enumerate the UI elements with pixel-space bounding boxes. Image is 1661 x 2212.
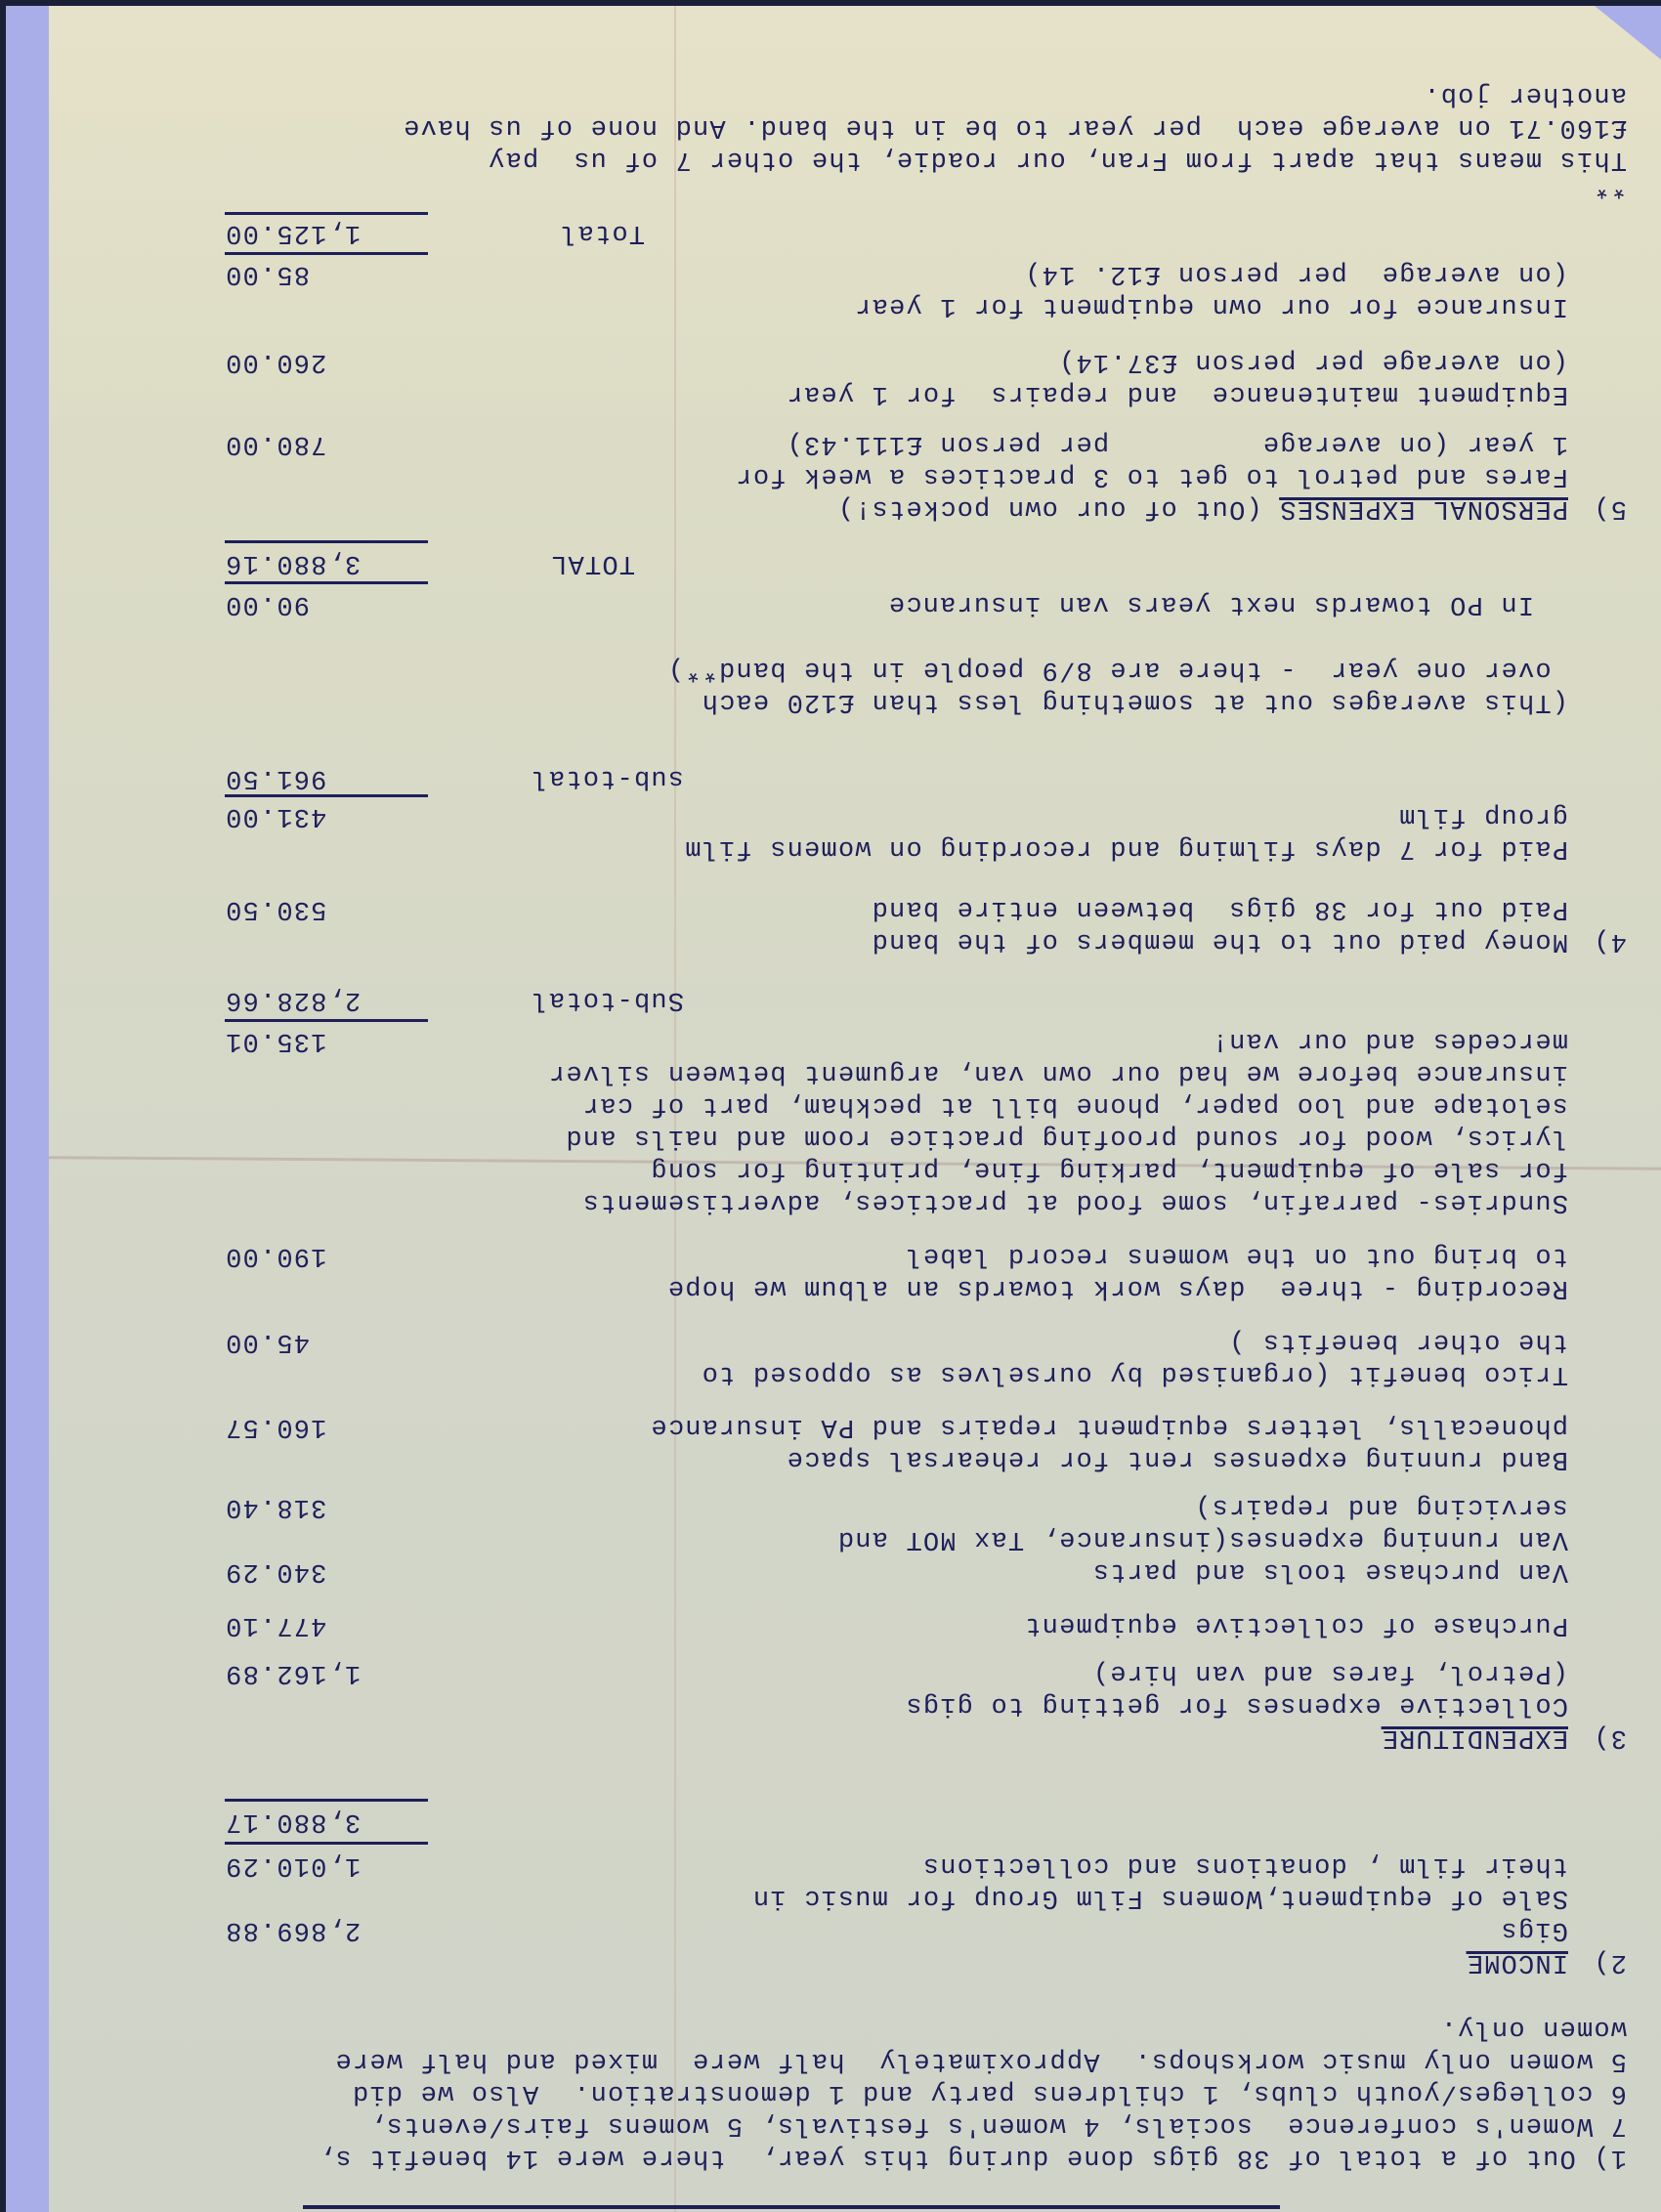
line-item-label: Insurance for our own equipment for 1 ye… [854,289,1568,321]
member-payments-subtotal: 961.50 [225,761,430,793]
line-item-amount: 2,869.88 [225,1913,430,1945]
total-rule [225,212,428,215]
note-line: (This averages out at something less tha… [701,685,1568,717]
section-heading: Money paid out to the members of the ban… [871,924,1568,957]
line-item-label: to bring out on the womens record label [905,1239,1568,1271]
section-heading: EXPENDITURE [1382,1721,1568,1753]
sum-rule [225,1842,428,1845]
line-item-label: insurance before we had our own van, arg… [548,1056,1568,1088]
section-number: 3) [1593,1721,1627,1753]
line-item-label: Sale of equipment,Womens Film Group for … [752,1881,1568,1913]
line-item-label: for sale of equipment, parking fine, pri… [650,1153,1568,1185]
line-item-label: Band running expenses rent for rehearsal… [786,1442,1568,1474]
line-item-amount: 477.10 [225,1608,430,1640]
line-item-label: Trico benefit (organised by ourselves as… [701,1357,1568,1389]
line-item-label: Van running expenses(insurance, Tax MOT … [837,1522,1568,1554]
note-line: over one year - there are 8/9 people in … [667,653,1568,685]
total-rule [225,540,428,543]
line-item-label: Paid out for 38 gigs between entire band [871,892,1568,924]
header-rule [303,2205,1280,2209]
section-number: 4) [1593,924,1627,957]
section-number: 5) [1593,491,1627,524]
section-heading-suffix: (Out of our own pockets!) [837,493,1279,523]
line-item-amount: 340.29 [225,1554,430,1587]
paragraph-line: 1) Out of a total of 38 gigs done during… [318,2141,1627,2173]
line-item-label: selotape and loo paper, phone bill at pe… [582,1088,1568,1121]
expenditure-subtotal: 2,828.66 [225,983,430,1015]
sum-rule [225,1019,428,1022]
line-item-label: 1 year (on average per person £111.43) [786,427,1568,459]
footnote-line: another job. [1423,78,1627,110]
line-item-label: (on average per person £37.14) [1058,345,1568,377]
total-rule [225,1799,428,1802]
footnote-line: £160.71 on average each per year to be i… [403,110,1627,143]
paragraph-line: 7 Women's conference socials, 4 women's … [368,2108,1627,2141]
sum-rule [225,794,428,797]
line-item-amount: 190.00 [225,1239,430,1271]
line-item-label: Equipment maintenance and repairs for 1 … [786,377,1568,409]
line-item-amount: 160.57 [225,1410,430,1442]
line-item-amount: 780.00 [225,427,430,459]
line-item-amount: 530.50 [225,892,430,924]
line-item-amount: 260.00 [225,345,430,377]
paragraph-line: women only. [1440,2012,1627,2044]
income-total: 3,880.17 [225,1805,430,1837]
line-item-label: Sundries- parrafin, some food at practic… [582,1185,1568,1217]
po-line: In PO towards next years van insurance [888,587,1534,619]
line-item-label: group film [1398,799,1568,831]
section-heading: PERSONAL EXPENSES [1279,493,1568,523]
section-heading: INCOME [1467,1945,1568,1978]
sum-rule [225,252,428,255]
line-item-label: Recording - three days work towards an a… [667,1271,1568,1303]
total-label: Total [560,216,645,248]
line-item-amount: 1,010.29 [225,1849,430,1881]
line-item-label: the other benefits ) [1228,1325,1568,1357]
grand-total: 3,880.16 [225,546,430,578]
line-item-label: Van purchase tools and parts [1092,1554,1568,1587]
line-item-amount: 85.00 [225,257,430,289]
line-item-amount: 1,162.89 [225,1656,430,1688]
po-amount: 90.00 [225,587,430,619]
total-label: TOTAL [550,546,635,578]
line-item-amount: 135.01 [225,1024,430,1056]
subtotal-label: Sub-total [531,983,684,1015]
line-item-amount: 431.00 [225,799,430,831]
line-item-label: servicing and repairs) [1194,1490,1568,1522]
line-item-amount: 45.00 [225,1325,430,1357]
sum-rule [225,581,428,584]
footnote-line: This means that apart from Fran, our roa… [488,143,1627,175]
line-item-label: Gigs [1500,1913,1568,1945]
subtotal-label: sub-total [531,761,684,793]
line-item-label: Paid for 7 days filming and recording on… [684,831,1568,864]
section-heading-wrap: PERSONAL EXPENSES (Out of our own pocket… [837,491,1568,524]
typed-document: 1) Out of a total of 38 gigs done during… [0,0,1661,2212]
line-item-label: lyrics, wood for sound proofing practice… [565,1121,1568,1153]
line-item-label: Collective expenses for getting to gigs [905,1688,1568,1721]
line-item-label: phonecalls, letters equipment repairs an… [650,1410,1568,1442]
section-number: 2) [1593,1945,1627,1978]
line-item-label: their film , donations and collections [922,1849,1568,1881]
paragraph-line: 5 women only music workshops. Approximat… [334,2044,1627,2076]
line-item-amount: 318.40 [225,1490,430,1522]
line-item-label: Fares and petrol to get to 3 practices a… [735,459,1568,491]
line-item-label: (on average per person £12. 14) [1024,257,1568,289]
line-item-label: (Petrol, fares and van hire) [1092,1656,1568,1688]
line-item-label: mercedes and our van! [1212,1024,1568,1056]
paragraph-line: 6 colleges/youth clubs, 1 childrens part… [352,2076,1627,2108]
personal-expenses-total: 1,125.00 [225,216,430,248]
line-item-label: Purchase of collective equipment [1024,1608,1568,1640]
